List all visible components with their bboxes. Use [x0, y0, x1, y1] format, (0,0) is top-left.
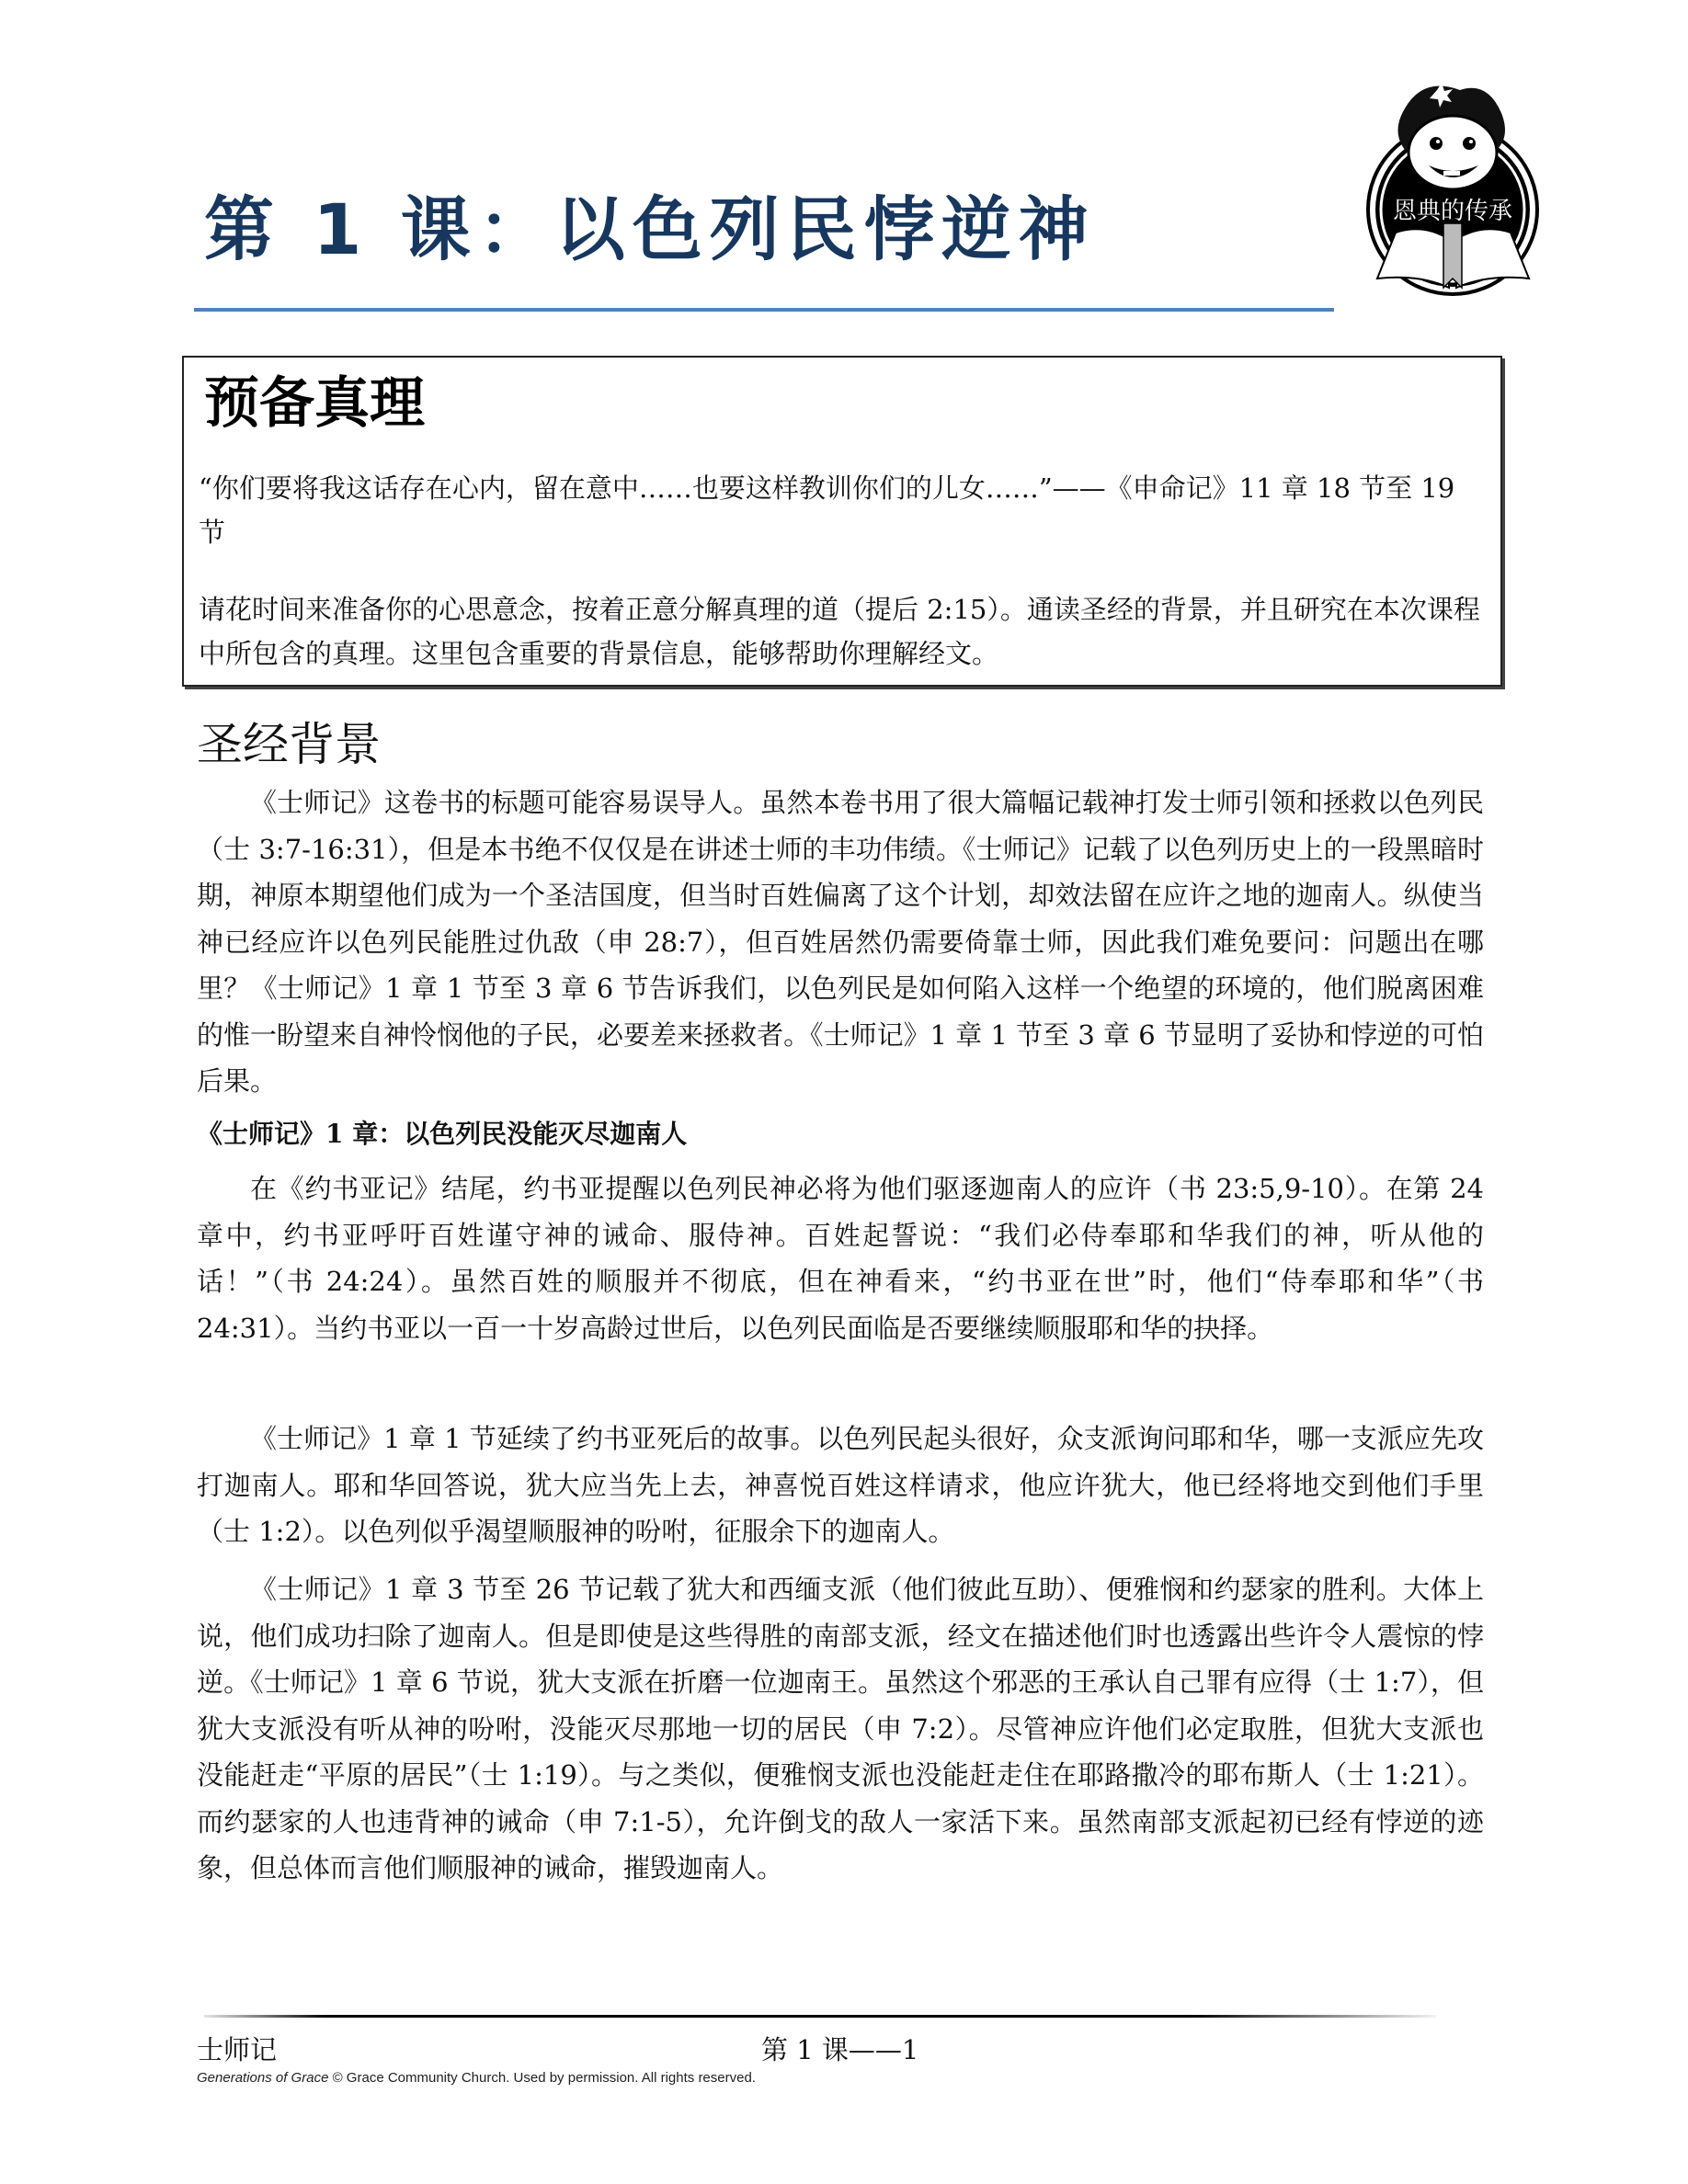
title-divider [194, 308, 1334, 312]
prep-box-title: 预备真理 [204, 376, 425, 431]
generations-of-grace-logo: 恩典的传承 [1350, 81, 1557, 301]
section-title-background: 圣经背景 [197, 722, 381, 768]
copyright-notice: Generations of Grace © Grace Community C… [197, 2070, 756, 2086]
copyright-brand: Generations of Grace [197, 2070, 328, 2086]
svg-text:恩典的传承: 恩典的传承 [1393, 198, 1512, 225]
boy-reading-book-icon: 恩典的传承 [1350, 81, 1557, 301]
footer-page-number: 第 1 课——1 [761, 2030, 918, 2067]
body-paragraph: 《士师记》1 章 1 节延续了约书亚死后的故事。以色列民起头很好，众支派询问耶和… [197, 1416, 1484, 1555]
footer-divider [204, 2015, 1436, 2018]
copyright-text: © Grace Community Church. Used by permis… [328, 2070, 756, 2086]
footer-book-name: 士师记 [197, 2030, 277, 2067]
memory-verse: “你们要将我这话存在心内，留在意中……也要这样教训你们的儿女……”——《申命记》… [199, 466, 1486, 554]
prep-instructions: 请花时间来准备你的心思意念，按着正意分解真理的道（提后 2:15）。通读圣经的背… [199, 587, 1486, 676]
body-paragraph: 在《约书亚记》结尾，约书亚提醒以色列民神必将为他们驱逐迦南人的应许（书 23:5… [197, 1166, 1484, 1351]
subheading-judges-1: 《士师记》1 章：以色列民没能灭尽迦南人 [197, 1114, 687, 1151]
prep-truth-box: 预备真理 “你们要将我这话存在心内，留在意中……也要这样教训你们的儿女……”——… [182, 356, 1502, 687]
intro-paragraph: 《士师记》这卷书的标题可能容易误导人。虽然本卷书用了很大篇幅记载神打发士师引领和… [197, 779, 1484, 1105]
page-title: 第 1 课：以色列民悖逆神 [204, 195, 1096, 265]
body-paragraph: 《士师记》1 章 3 节至 26 节记载了犹大和西缅支派（他们彼此互助）、便雅悯… [197, 1566, 1484, 1892]
